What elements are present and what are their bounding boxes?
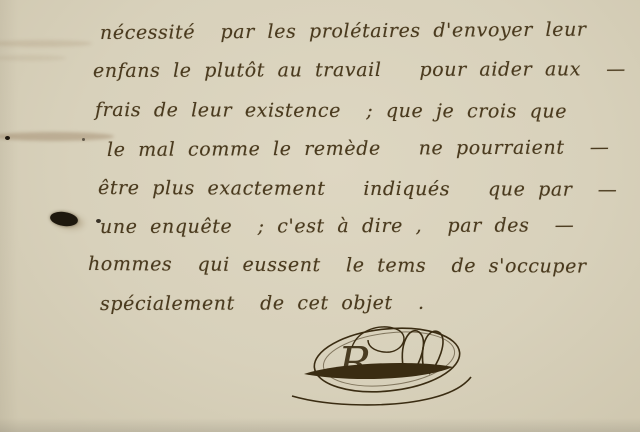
manuscript-page: nécessité par les prolétaires d'envoyer … — [0, 0, 640, 432]
signature-paraph: R — [0, 0, 640, 432]
signature-monogram: R — [337, 338, 371, 389]
signature-heavy-stroke — [304, 363, 453, 379]
